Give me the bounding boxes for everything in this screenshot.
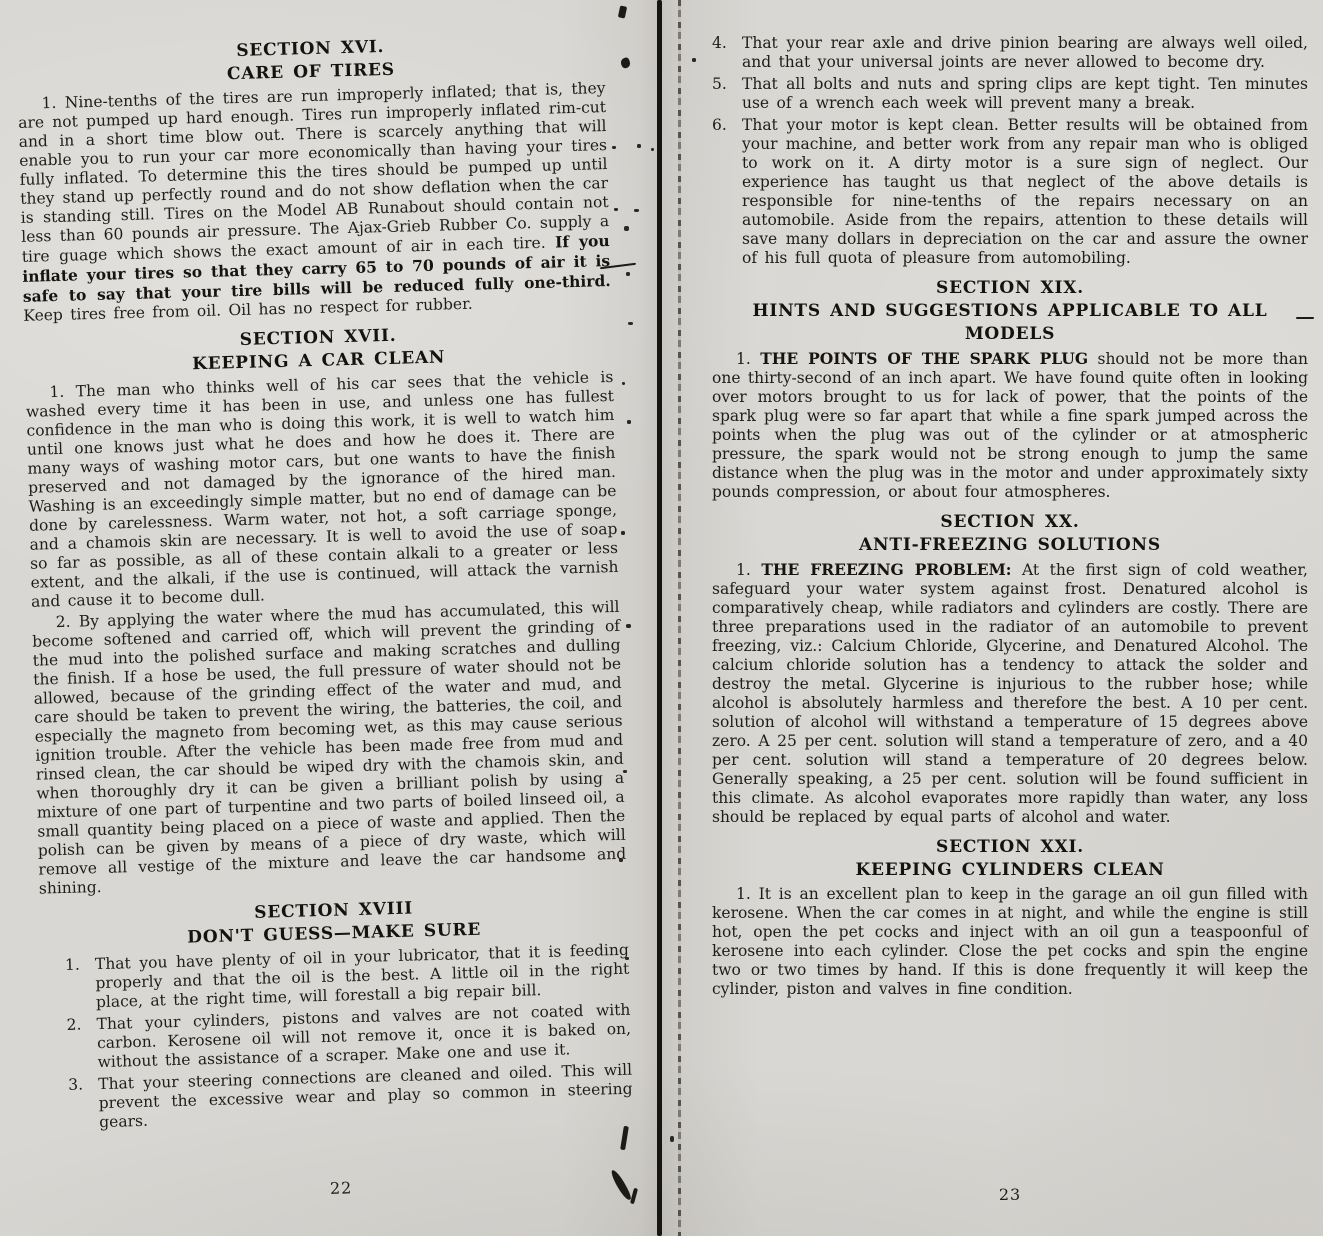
paragraph-number: 1. [736, 350, 751, 368]
paragraph-text: should not be more than one thirty-secon… [712, 350, 1308, 501]
list-item-number: 1. [65, 955, 97, 1013]
ink-speck [626, 624, 631, 628]
ink-speck [651, 148, 654, 151]
list-item-text: That your steering connections are clean… [98, 1061, 633, 1132]
ink-speck [637, 144, 641, 148]
ink-speck [670, 1136, 674, 1142]
section-xvii-paragraph-1: 1. The man who thinks well of his car se… [25, 368, 619, 612]
section-xvii: SECTION XVII. KEEPING A CAR CLEAN 1. The… [24, 319, 627, 899]
ink-speck [627, 420, 631, 424]
list-item-text: That your cylinders, pistons and valves … [96, 1001, 631, 1072]
section-xxi-subheading: KEEPING CYLINDERS CLEAN [712, 859, 1308, 882]
list-item-text: That all bolts and nuts and spring clips… [742, 75, 1308, 113]
list-item-text: That you have plenty of oil in your lubr… [95, 941, 630, 1012]
paragraph-lead-bold: THE POINTS OF THE SPARK PLUG [760, 349, 1088, 368]
margin-dash [1296, 317, 1314, 319]
list-item: 5. That all bolts and nuts and spring cl… [712, 75, 1308, 113]
paragraph-text: 1. Nine-tenths of the tires are run impr… [18, 79, 609, 266]
page-number-left: 22 [47, 1171, 635, 1206]
section-xxi-heading: SECTION XXI. [712, 836, 1308, 859]
section-xviii: SECTION XVIII DON'T GUESS—MAKE SURE 1. T… [39, 892, 633, 1134]
paragraph-text: It is an excellent plan to keep in the g… [712, 885, 1308, 998]
list-item-number: 6. [712, 116, 742, 268]
section-xvi: SECTION XVI. CARE OF TIRES 1. Nine-tenth… [16, 30, 611, 326]
ink-speck [625, 957, 629, 960]
section-xix-paragraph-1: 1. THE POINTS OF THE SPARK PLUG should n… [712, 349, 1308, 502]
page-right: 4. That your rear axle and drive pinion … [712, 34, 1308, 1204]
continued-list: 4. That your rear axle and drive pinion … [712, 34, 1308, 268]
ink-speck [626, 272, 630, 276]
list-item: 6. That your motor is kept clean. Better… [712, 116, 1308, 268]
section-xx-heading: SECTION XX. [712, 511, 1308, 534]
section-xxi: SECTION XXI. KEEPING CYLINDERS CLEAN 1. … [712, 836, 1308, 999]
paragraph-text: At the first sign of cold weather, safeg… [712, 561, 1308, 826]
ink-speck [692, 58, 696, 62]
list-item-number: 4. [712, 34, 742, 72]
section-xix: SECTION XIX. HINTS AND SUGGESTIONS APPLI… [712, 277, 1308, 502]
ink-speck [612, 146, 616, 149]
ink-speck [624, 226, 629, 231]
section-xvii-paragraph-2: 2. By applying the water where the mud h… [31, 598, 626, 899]
ink-speck [622, 382, 625, 385]
ink-speck [634, 209, 639, 212]
paragraph-number: 1. [736, 885, 751, 903]
paragraph-number: 1. [736, 561, 751, 579]
list-item: 3. That your steering connections are cl… [44, 1061, 633, 1134]
section-xix-subheading: HINTS AND SUGGESTIONS APPLICABLE TO ALL … [712, 300, 1308, 346]
gutter-binding-line [657, 0, 662, 1236]
list-item-text: That your motor is kept clean. Better re… [742, 116, 1308, 268]
section-xx-paragraph-1: 1. THE FREEZING PROBLEM: At the first si… [712, 560, 1308, 827]
page-number-right: 23 [712, 1185, 1308, 1204]
list-item-text: That your rear axle and drive pinion bea… [742, 34, 1308, 72]
section-xvi-paragraph-1: 1. Nine-tenths of the tires are run impr… [17, 79, 611, 326]
paragraph-lead-bold: THE FREEZING PROBLEM: [761, 560, 1011, 579]
ink-speck [621, 531, 625, 535]
list-item-number: 3. [68, 1075, 100, 1133]
list-item-number: 5. [712, 75, 742, 113]
ink-speck [619, 858, 623, 862]
ink-speck [623, 770, 627, 773]
book-scan: SECTION XVI. CARE OF TIRES 1. Nine-tenth… [0, 0, 1323, 1236]
gutter-page-edge [678, 0, 681, 1236]
section-xx: SECTION XX. ANTI-FREEZING SOLUTIONS 1. T… [712, 511, 1308, 827]
list-item: 4. That your rear axle and drive pinion … [712, 34, 1308, 72]
section-xx-subheading: ANTI-FREEZING SOLUTIONS [712, 534, 1308, 557]
section-xix-heading: SECTION XIX. [712, 277, 1308, 300]
ink-speck [628, 322, 633, 325]
page-left: SECTION XVI. CARE OF TIRES 1. Nine-tenth… [16, 30, 635, 1205]
list-item-number: 2. [66, 1015, 98, 1073]
section-xxi-paragraph-1: 1. It is an excellent plan to keep in th… [712, 885, 1308, 999]
ink-speck [614, 208, 618, 211]
